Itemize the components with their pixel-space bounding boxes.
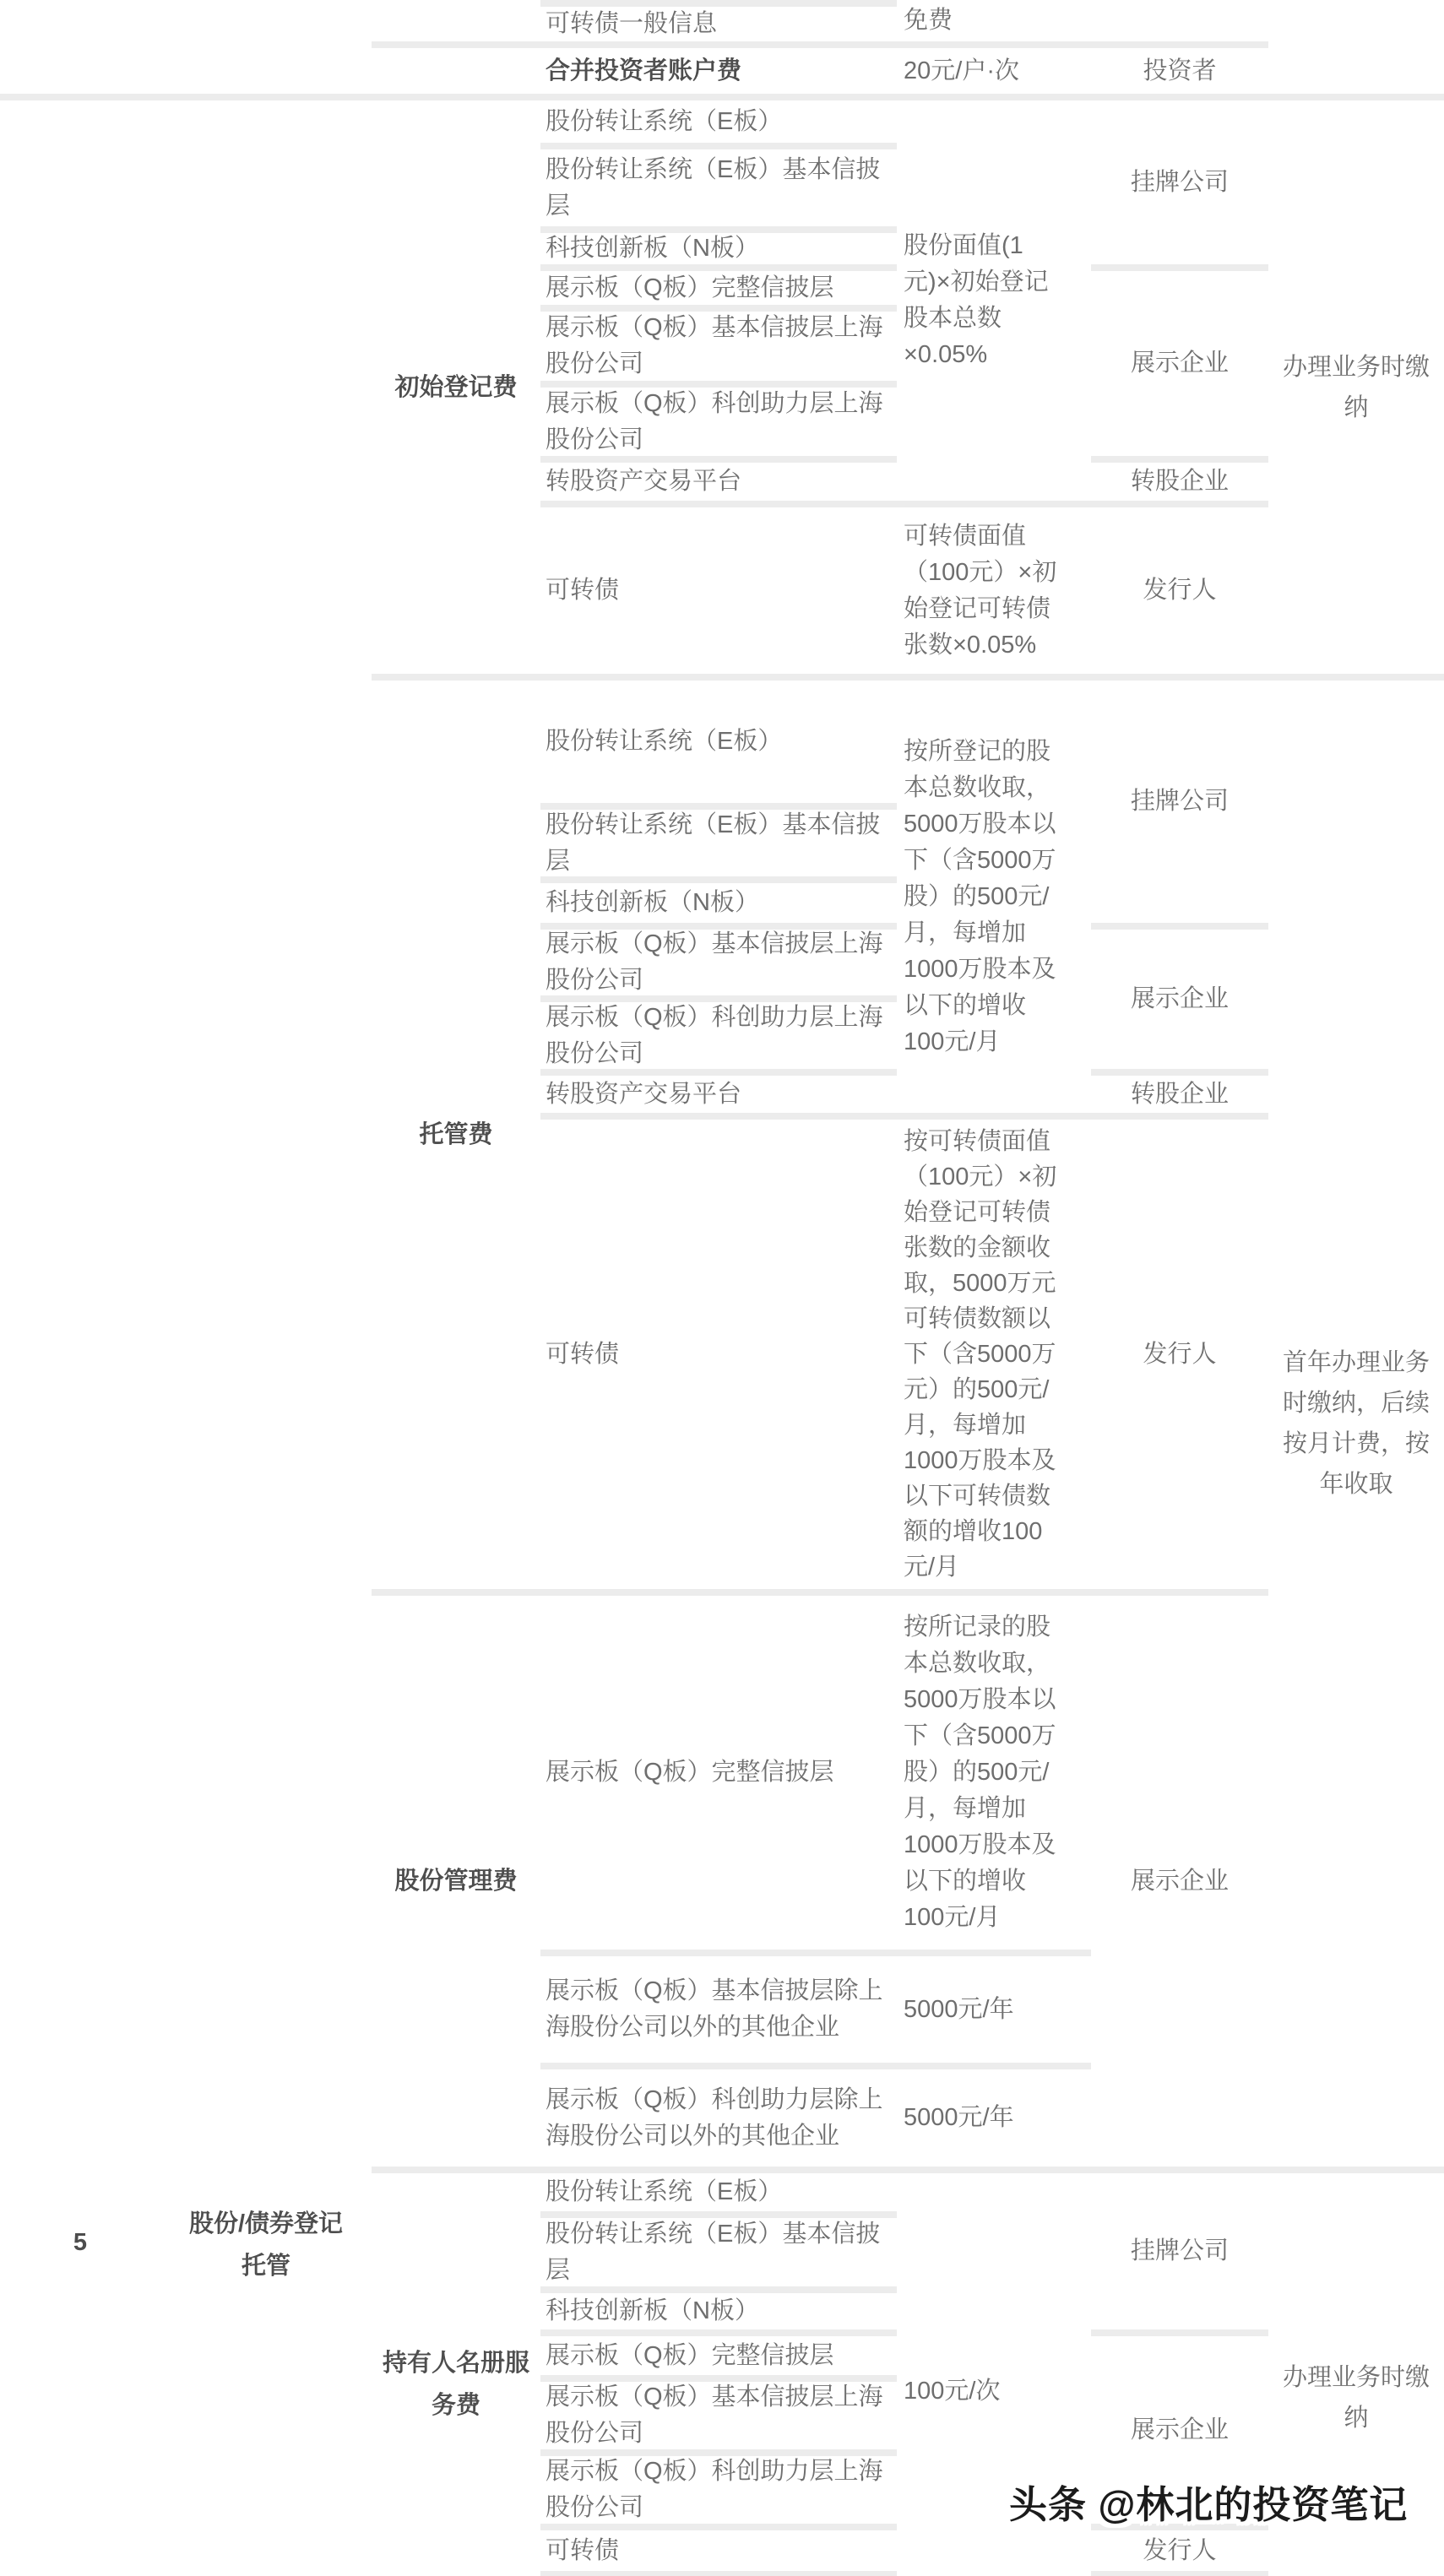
fee-payer: 挂牌公司 bbox=[1091, 681, 1268, 930]
fee-item: 展示板（Q板）基本信披层上海股份公司 bbox=[540, 2382, 897, 2456]
fee-type-label: 初始登记费 bbox=[372, 100, 540, 681]
fee-item: 展示板（Q板）基本信披层上海股份公司 bbox=[540, 930, 897, 1002]
fee-payer: 发行人 bbox=[1091, 2530, 1268, 2576]
fee-payer: 展示企业 bbox=[1091, 271, 1268, 463]
fee-item: 可转债 bbox=[540, 1120, 897, 1596]
fee-value: 可转债面值（100元）×初始登记可转债张数×0.05% bbox=[897, 507, 1091, 681]
fee-item: 可转债 bbox=[540, 507, 897, 681]
fee-item: 展示板（Q板）科创助力层除上海股份公司以外的其他企业 bbox=[540, 2069, 897, 2173]
fee-item: 合并投资者账户费 bbox=[540, 48, 897, 100]
fee-value: 按所记录的股本总数收取，5000万股本以下（含5000万股）的500元/月，每增… bbox=[897, 1596, 1091, 1956]
fee-item: 科技创新板（N板） bbox=[540, 883, 897, 930]
spacer-cell bbox=[1268, 48, 1444, 100]
fee-value: 20元/户·次 bbox=[897, 48, 1091, 100]
fee-payer: 展示企业 bbox=[1091, 1596, 1268, 2173]
fee-item: 科技创新板（N板） bbox=[540, 233, 897, 271]
spacer-cell bbox=[372, 48, 540, 100]
fee-value: 按所登记的股本总数收取，5000万股本以下（含5000万股）的500元/月，每增… bbox=[897, 681, 1091, 1120]
spacer-cell bbox=[372, 0, 540, 48]
fee-item: 可转债一般信息 bbox=[540, 0, 897, 48]
fee-item: 科技创新板（N板） bbox=[540, 2293, 897, 2336]
fee-item: 股份转让系统（E板） bbox=[540, 2173, 897, 2218]
fee-payer: 发行人 bbox=[1091, 1120, 1268, 1596]
fee-payer: 发行人 bbox=[1091, 507, 1268, 681]
category-label: 股份/债券登记托管 bbox=[160, 100, 372, 2576]
fee-value: 股份面值(1元)×初始登记股本总数×0.05% bbox=[897, 100, 1091, 507]
fee-item: 可转债 bbox=[540, 2530, 897, 2576]
fee-item: 股份转让系统（E板） bbox=[540, 681, 897, 810]
fee-type-label: 托管费 bbox=[372, 681, 540, 1596]
fee-value: 5000元/年 bbox=[897, 1956, 1091, 2069]
fee-item: 转股资产交易平台 bbox=[540, 1076, 897, 1120]
fee-timing: 办理业务时缴纳 bbox=[1268, 100, 1444, 681]
fee-value: 免费 bbox=[897, 0, 1091, 48]
fee-item: 展示板（Q板）完整信披层 bbox=[540, 1596, 897, 1956]
fee-item: 股份转让系统（E板）基本信披层 bbox=[540, 2218, 897, 2293]
fee-item: 展示板（Q板）科创助力层上海股份公司 bbox=[540, 1002, 897, 1076]
fee-payer: 挂牌公司 bbox=[1091, 100, 1268, 271]
fee-item: 展示板（Q板）基本信披层除上海股份公司以外的其他企业 bbox=[540, 1956, 897, 2069]
fee-item: 股份转让系统（E板）基本信披层 bbox=[540, 149, 897, 233]
fee-payer: 转股企业 bbox=[1091, 1076, 1268, 1120]
seq-number: 5 bbox=[0, 100, 160, 2576]
fee-item: 转股资产交易平台 bbox=[540, 463, 897, 507]
fee-type-label: 股份管理费 bbox=[372, 1596, 540, 2173]
fee-item: 股份转让系统（E板） bbox=[540, 100, 897, 149]
fee-type-label: 持有人名册服务费 bbox=[372, 2173, 540, 2576]
fee-value: 按可转债面值（100元）×初始登记可转债张数的金额收取，5000万元可转债数额以… bbox=[897, 1120, 1091, 1596]
fee-table-document: 可转债一般信息 免费 合并投资者账户费 20元/户·次 投资者 5 股份/债券登… bbox=[0, 0, 1444, 2576]
watermark: 头条 @林北的投资笔记 bbox=[1009, 2474, 1408, 2529]
fee-payer: 展示企业 bbox=[1091, 930, 1268, 1076]
fee-item: 展示板（Q板）完整信披层 bbox=[540, 271, 897, 312]
fee-timing: 首年办理业务时缴纳，后续按月计费，按年收取 bbox=[1268, 681, 1444, 2173]
spacer-cell bbox=[1091, 0, 1268, 48]
spacer-cell bbox=[160, 48, 372, 100]
fee-item: 展示板（Q板）基本信披层上海股份公司 bbox=[540, 312, 897, 388]
fee-item: 展示板（Q板）科创助力层上海股份公司 bbox=[540, 388, 897, 463]
fee-payer: 投资者 bbox=[1091, 48, 1268, 100]
fee-item: 股份转让系统（E板）基本信披层 bbox=[540, 810, 897, 883]
fee-value: 5000元/年 bbox=[897, 2069, 1091, 2173]
fee-item: 展示板（Q板）完整信披层 bbox=[540, 2336, 897, 2382]
fee-payer: 转股企业 bbox=[1091, 463, 1268, 507]
fee-item: 展示板（Q板）科创助力层上海股份公司 bbox=[540, 2456, 897, 2530]
spacer-cell bbox=[0, 48, 160, 100]
fee-payer: 挂牌公司 bbox=[1091, 2173, 1268, 2336]
